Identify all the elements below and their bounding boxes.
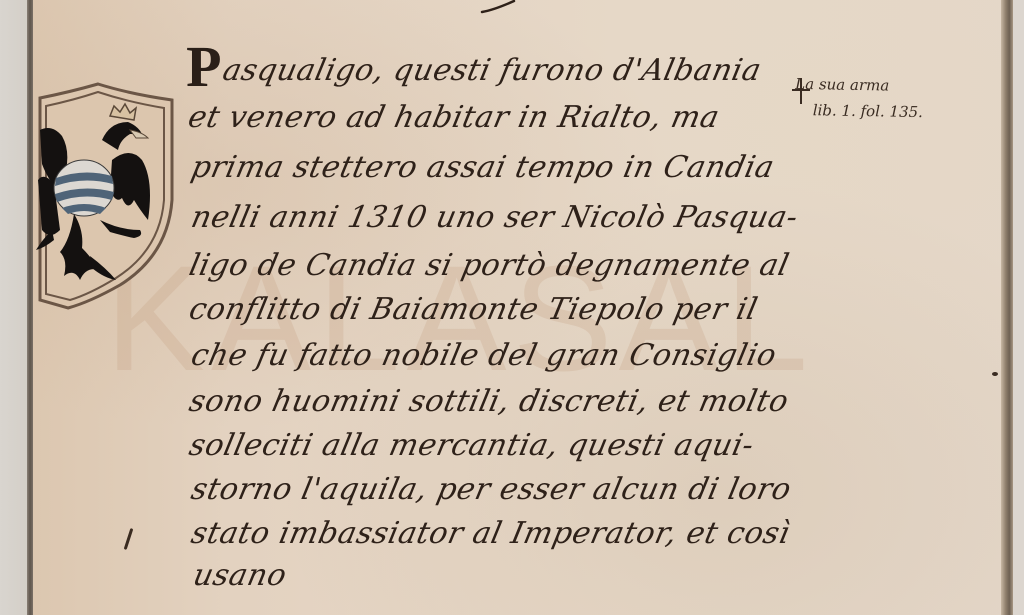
manuscript-viewer: KALASAL La sua arma lib. 1. f xyxy=(0,0,1024,615)
manuscript-line-1: Pasqualigo, questi furono d'Albania xyxy=(180,38,768,96)
manuscript-line-7: che fu fatto nobile del gran Consiglio xyxy=(188,338,780,373)
left-margin xyxy=(0,0,27,615)
manuscript-line-6: conflitto di Baiamonte Tiepolo per il xyxy=(186,292,761,327)
margin-note-line-2: lib. 1. fol. 135. xyxy=(795,97,924,125)
manuscript-line-11: stato imbassiator al Imperator, et così xyxy=(188,516,793,551)
manuscript-line-2: et venero ad habitar in Rialto, ma xyxy=(185,100,723,135)
margin-note-line-1: La sua arma xyxy=(795,71,924,99)
manuscript-line-8: sono huomini sottili, discreti, et molto xyxy=(186,384,792,419)
page-edge xyxy=(1001,0,1013,615)
manuscript-line-5: ligo de Candia si portò degnamente al xyxy=(186,248,792,283)
margin-note: La sua arma lib. 1. fol. 135. xyxy=(795,71,924,125)
line-text: asqualigo, questi furono d'Albania xyxy=(220,53,765,88)
manuscript-line-9: solleciti alla mercantia, questi aqui- xyxy=(186,428,757,463)
manuscript-line-3: prima stettero assai tempo in Candia xyxy=(188,150,778,185)
manuscript-line-12: usano xyxy=(190,558,290,593)
manuscript-line-4: nelli anni 1310 uno ser Nicolò Pasqua- xyxy=(188,200,801,235)
ink-spot xyxy=(992,372,998,376)
coat-of-arms-icon xyxy=(30,80,185,310)
manuscript-line-10: storno l'aquila, per esser alcun di loro xyxy=(188,472,794,507)
ink-stroke-icon xyxy=(480,0,516,14)
initial-capital: P xyxy=(186,38,222,96)
